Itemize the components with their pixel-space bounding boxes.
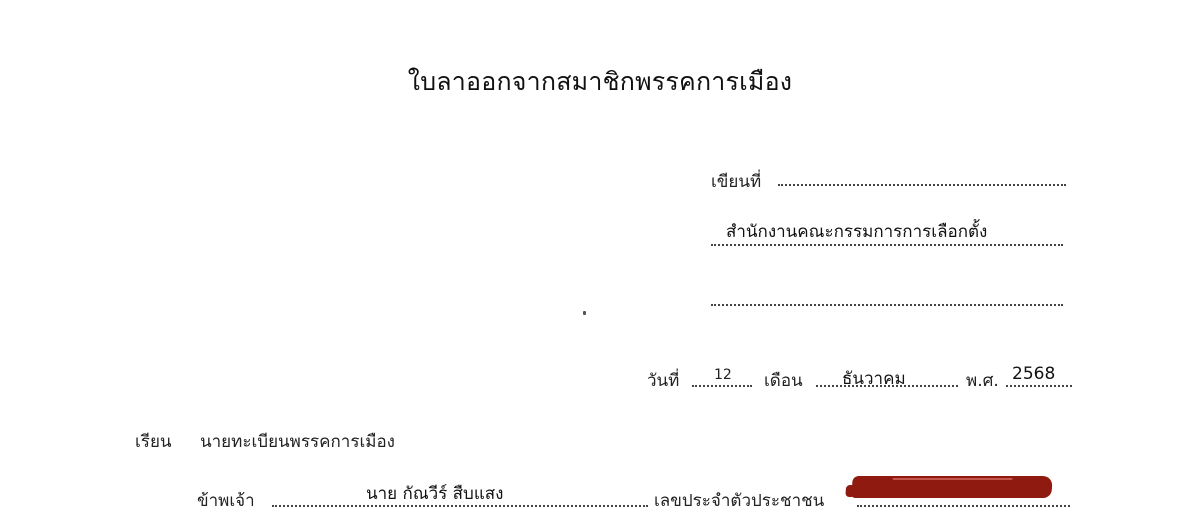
salutation-label: เรียน	[135, 428, 172, 455]
date-year-value: 2568	[1012, 364, 1055, 384]
date-day-label: วันที่	[647, 367, 679, 394]
written-at-line	[778, 184, 1066, 186]
written-at-line2-dotted	[711, 244, 1063, 246]
applicant-label: ข้าพเจ้า	[197, 487, 255, 514]
date-day-line	[692, 385, 752, 387]
date-year-label: พ.ศ.	[966, 367, 999, 394]
applicant-name: นาย กัณวีร์ สืบแสง	[366, 480, 503, 507]
written-at-label: เขียนที่	[711, 168, 761, 195]
id-redaction-mark	[851, 476, 1053, 498]
written-at-line2-text: สำนักงานคณะกรรมการการเลือกตั้ง	[726, 218, 987, 245]
date-year-line	[1006, 385, 1072, 387]
applicant-id-line	[857, 505, 1070, 507]
applicant-id-label: เลขประจำตัวประชาชน	[654, 487, 824, 514]
stray-mark	[583, 311, 586, 315]
salutation-recipient: นายทะเบียนพรรคการเมือง	[200, 428, 395, 455]
document-title: ใบลาออกจากสมาชิกพรรคการเมือง	[0, 62, 1200, 102]
date-month-value: ธันวาคม	[842, 365, 906, 392]
date-day-value: 12	[714, 367, 732, 383]
written-at-line3-dotted	[711, 304, 1063, 306]
date-month-label: เดือน	[764, 367, 803, 394]
